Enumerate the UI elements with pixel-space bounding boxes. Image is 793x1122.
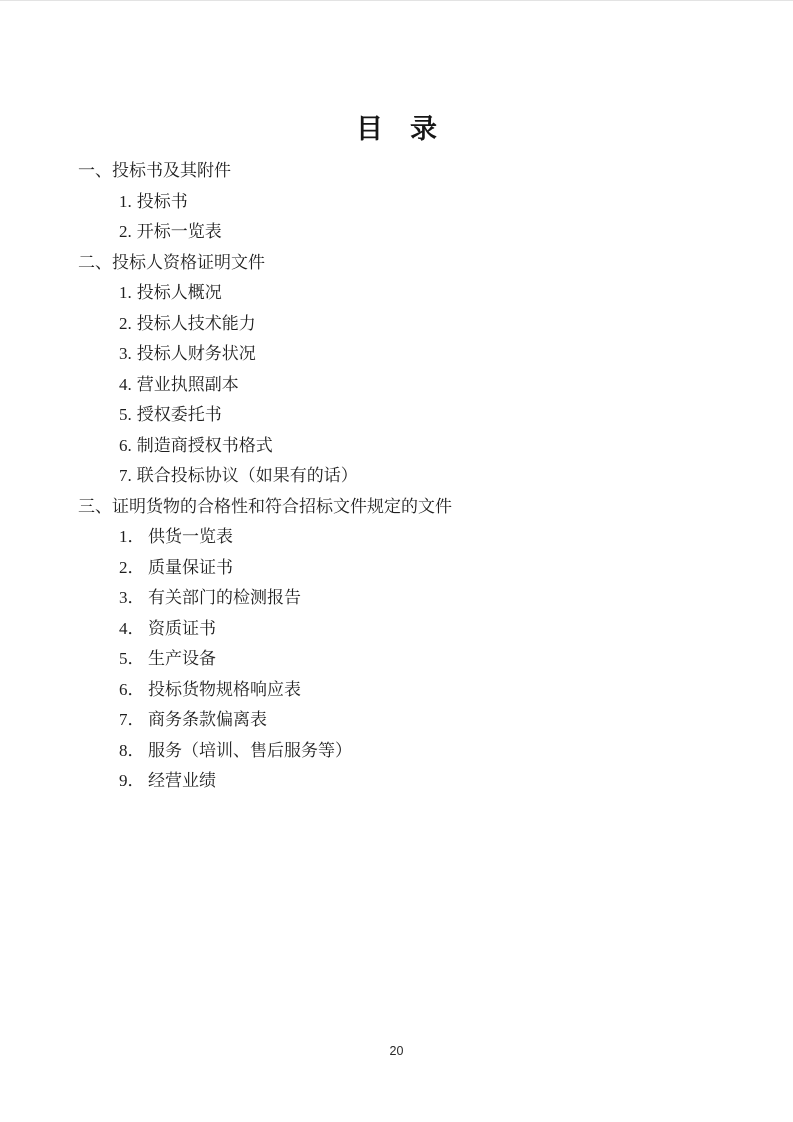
item-number: 8．: [119, 736, 146, 767]
item-label: 营业执照副本: [137, 375, 239, 394]
toc-item: 1.投标人概况: [0, 278, 793, 309]
section-title: 投标书及其附件: [112, 161, 231, 180]
item-label: 联合投标协议（如果有的话）: [137, 466, 358, 485]
toc-item: 2.投标人技术能力: [0, 309, 793, 340]
toc-item: 3．有关部门的检测报告: [0, 583, 793, 614]
item-number: 2.: [119, 309, 132, 340]
item-label: 投标人概况: [137, 283, 222, 302]
toc-item: 4.营业执照副本: [0, 370, 793, 401]
item-number: 7.: [119, 461, 132, 492]
item-label: 授权委托书: [137, 405, 222, 424]
item-label: 投标人财务状况: [137, 344, 256, 363]
item-label: 投标人技术能力: [137, 314, 256, 333]
page-number: 20: [0, 1044, 793, 1058]
item-label: 制造商授权书格式: [137, 436, 273, 455]
item-number: 2．: [119, 553, 146, 584]
item-number: 7．: [119, 705, 146, 736]
item-label: 投标书: [137, 192, 188, 211]
toc-item: 5.授权委托书: [0, 400, 793, 431]
item-number: 3．: [119, 583, 146, 614]
toc-section-heading: 一、投标书及其附件: [0, 156, 793, 187]
toc-section-heading: 二、投标人资格证明文件: [0, 248, 793, 279]
toc-item: 5．生产设备: [0, 644, 793, 675]
toc-item: 7．商务条款偏离表: [0, 705, 793, 736]
toc-item: 6．投标货物规格响应表: [0, 675, 793, 706]
item-number: 1．: [119, 522, 146, 553]
toc-item: 3.投标人财务状况: [0, 339, 793, 370]
toc-section-items: 1．供货一览表 2．质量保证书 3．有关部门的检测报告 4．资质证书 5．生产设…: [0, 522, 793, 797]
item-number: 5.: [119, 400, 132, 431]
item-label: 服务（培训、售后服务等）: [148, 741, 352, 760]
item-number: 1.: [119, 187, 132, 218]
section-number: 一、: [78, 161, 112, 180]
toc-item: 9．经营业绩: [0, 766, 793, 797]
item-number: 1.: [119, 278, 132, 309]
item-label: 生产设备: [148, 649, 216, 668]
item-label: 供货一览表: [148, 527, 233, 546]
document-page: 目 录 一、投标书及其附件 1.投标书 2.开标一览表 二、投标人资格证明文件 …: [0, 0, 793, 1122]
item-label: 质量保证书: [148, 558, 233, 577]
toc-item: 1.投标书: [0, 187, 793, 218]
item-number: 6.: [119, 431, 132, 462]
item-label: 开标一览表: [137, 222, 222, 241]
toc-section-heading: 三、证明货物的合格性和符合招标文件规定的文件: [0, 492, 793, 523]
section-title: 证明货物的合格性和符合招标文件规定的文件: [112, 497, 452, 516]
toc-item: 7.联合投标协议（如果有的话）: [0, 461, 793, 492]
item-label: 有关部门的检测报告: [148, 588, 301, 607]
item-number: 5．: [119, 644, 146, 675]
section-number: 二、: [78, 253, 112, 272]
toc-item: 1．供货一览表: [0, 522, 793, 553]
toc-item: 2.开标一览表: [0, 217, 793, 248]
item-label: 经营业绩: [148, 771, 216, 790]
section-number: 三、: [78, 497, 112, 516]
item-number: 9．: [119, 766, 146, 797]
section-title: 投标人资格证明文件: [112, 253, 265, 272]
table-of-contents: 一、投标书及其附件 1.投标书 2.开标一览表 二、投标人资格证明文件 1.投标…: [0, 156, 793, 797]
item-label: 商务条款偏离表: [148, 710, 267, 729]
toc-item: 2．质量保证书: [0, 553, 793, 584]
toc-item: 6.制造商授权书格式: [0, 431, 793, 462]
item-number: 4．: [119, 614, 146, 645]
item-label: 投标货物规格响应表: [148, 680, 301, 699]
item-number: 4.: [119, 370, 132, 401]
toc-item: 4．资质证书: [0, 614, 793, 645]
page-title: 目 录: [0, 1, 793, 146]
toc-item: 8．服务（培训、售后服务等）: [0, 736, 793, 767]
item-number: 6．: [119, 675, 146, 706]
item-number: 2.: [119, 217, 132, 248]
item-number: 3.: [119, 339, 132, 370]
item-label: 资质证书: [148, 619, 216, 638]
